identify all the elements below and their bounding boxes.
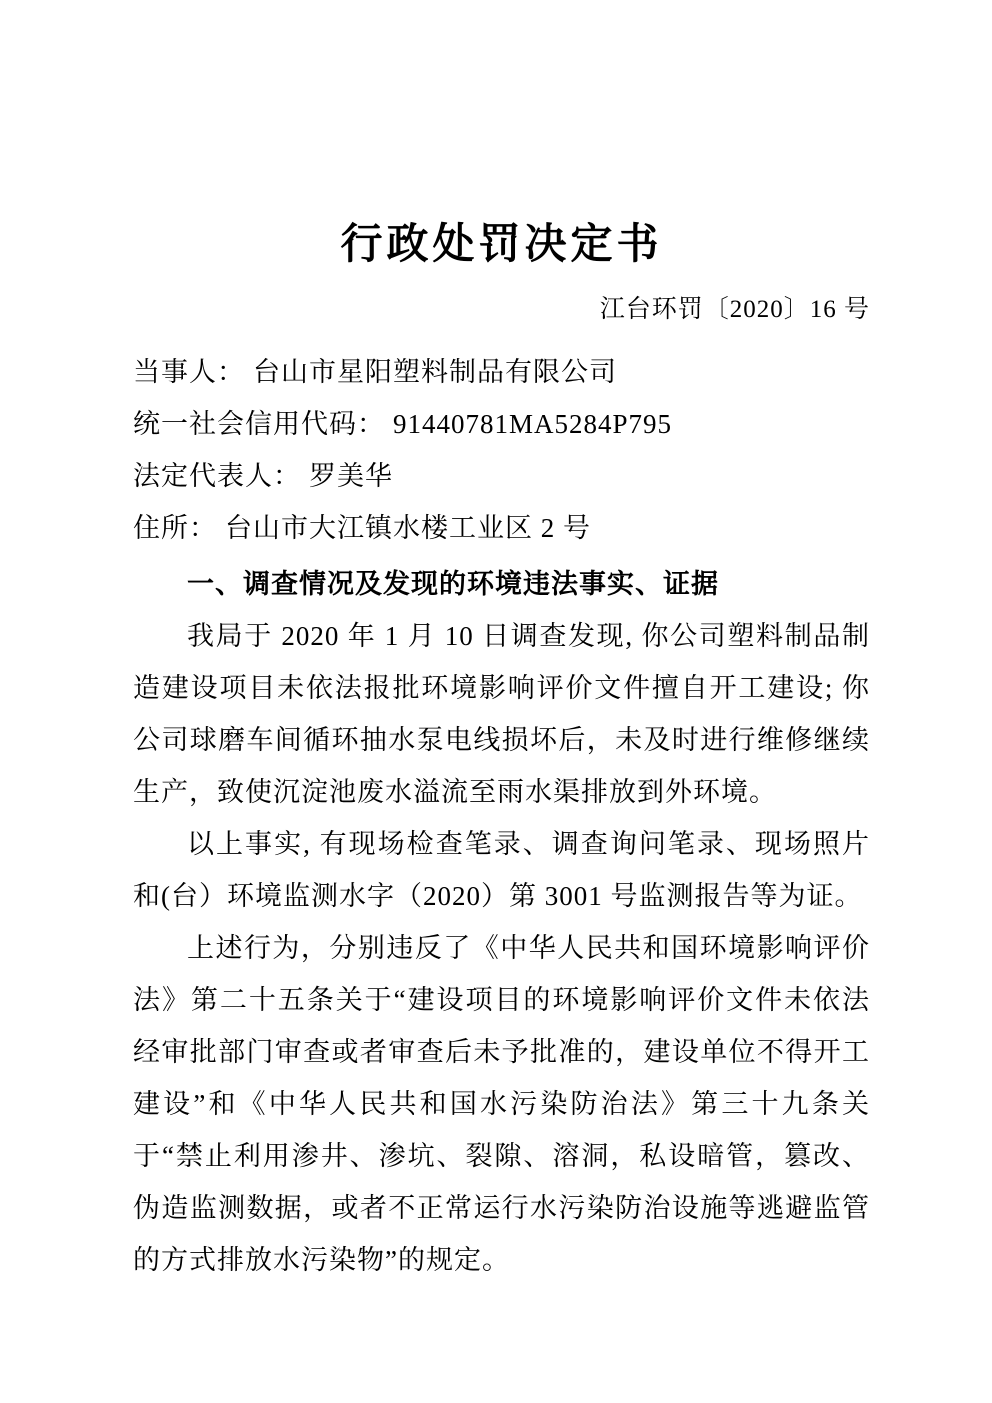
party-line: 法定代表人：罗美华 — [133, 450, 870, 502]
document-content: 行政处罚决定书 江台环罚〔2020〕16 号 当事人：台山市星阳塑料制品有限公司… — [133, 0, 870, 1286]
doc-number: 江台环罚〔2020〕16 号 — [133, 284, 870, 336]
party-label: 住所： — [133, 513, 217, 543]
party-info-block: 当事人：台山市星阳塑料制品有限公司 统一社会信用代码：91440781MA528… — [133, 346, 870, 554]
section-heading: 一、调查情况及发现的环境违法事实、证据 — [133, 558, 870, 610]
party-line: 当事人：台山市星阳塑料制品有限公司 — [133, 346, 870, 398]
document-page: 行政处罚决定书 江台环罚〔2020〕16 号 当事人：台山市星阳塑料制品有限公司… — [0, 0, 992, 1403]
party-value: 罗美华 — [309, 461, 393, 491]
party-line: 住所：台山市大江镇水楼工业区 2 号 — [133, 502, 870, 554]
paragraph: 以上事实, 有现场检查笔录、调查询问笔录、现场照片和(台）环境监测水字（2020… — [133, 818, 870, 922]
paragraph: 上述行为，分别违反了《中华人民共和国环境影响评价法》第二十五条关于“建设项目的环… — [133, 922, 870, 1286]
paragraph: 我局于 2020 年 1 月 10 日调查发现, 你公司塑料制品制造建设项目未依… — [133, 610, 870, 818]
party-label: 法定代表人： — [133, 461, 301, 491]
party-label: 统一社会信用代码： — [133, 409, 385, 439]
party-line: 统一社会信用代码：91440781MA5284P795 — [133, 398, 870, 450]
party-label: 当事人： — [133, 357, 245, 387]
party-value: 台山市大江镇水楼工业区 2 号 — [225, 513, 591, 543]
party-value: 91440781MA5284P795 — [393, 409, 672, 439]
party-value: 台山市星阳塑料制品有限公司 — [253, 357, 617, 387]
page-title: 行政处罚决定书 — [133, 220, 870, 270]
